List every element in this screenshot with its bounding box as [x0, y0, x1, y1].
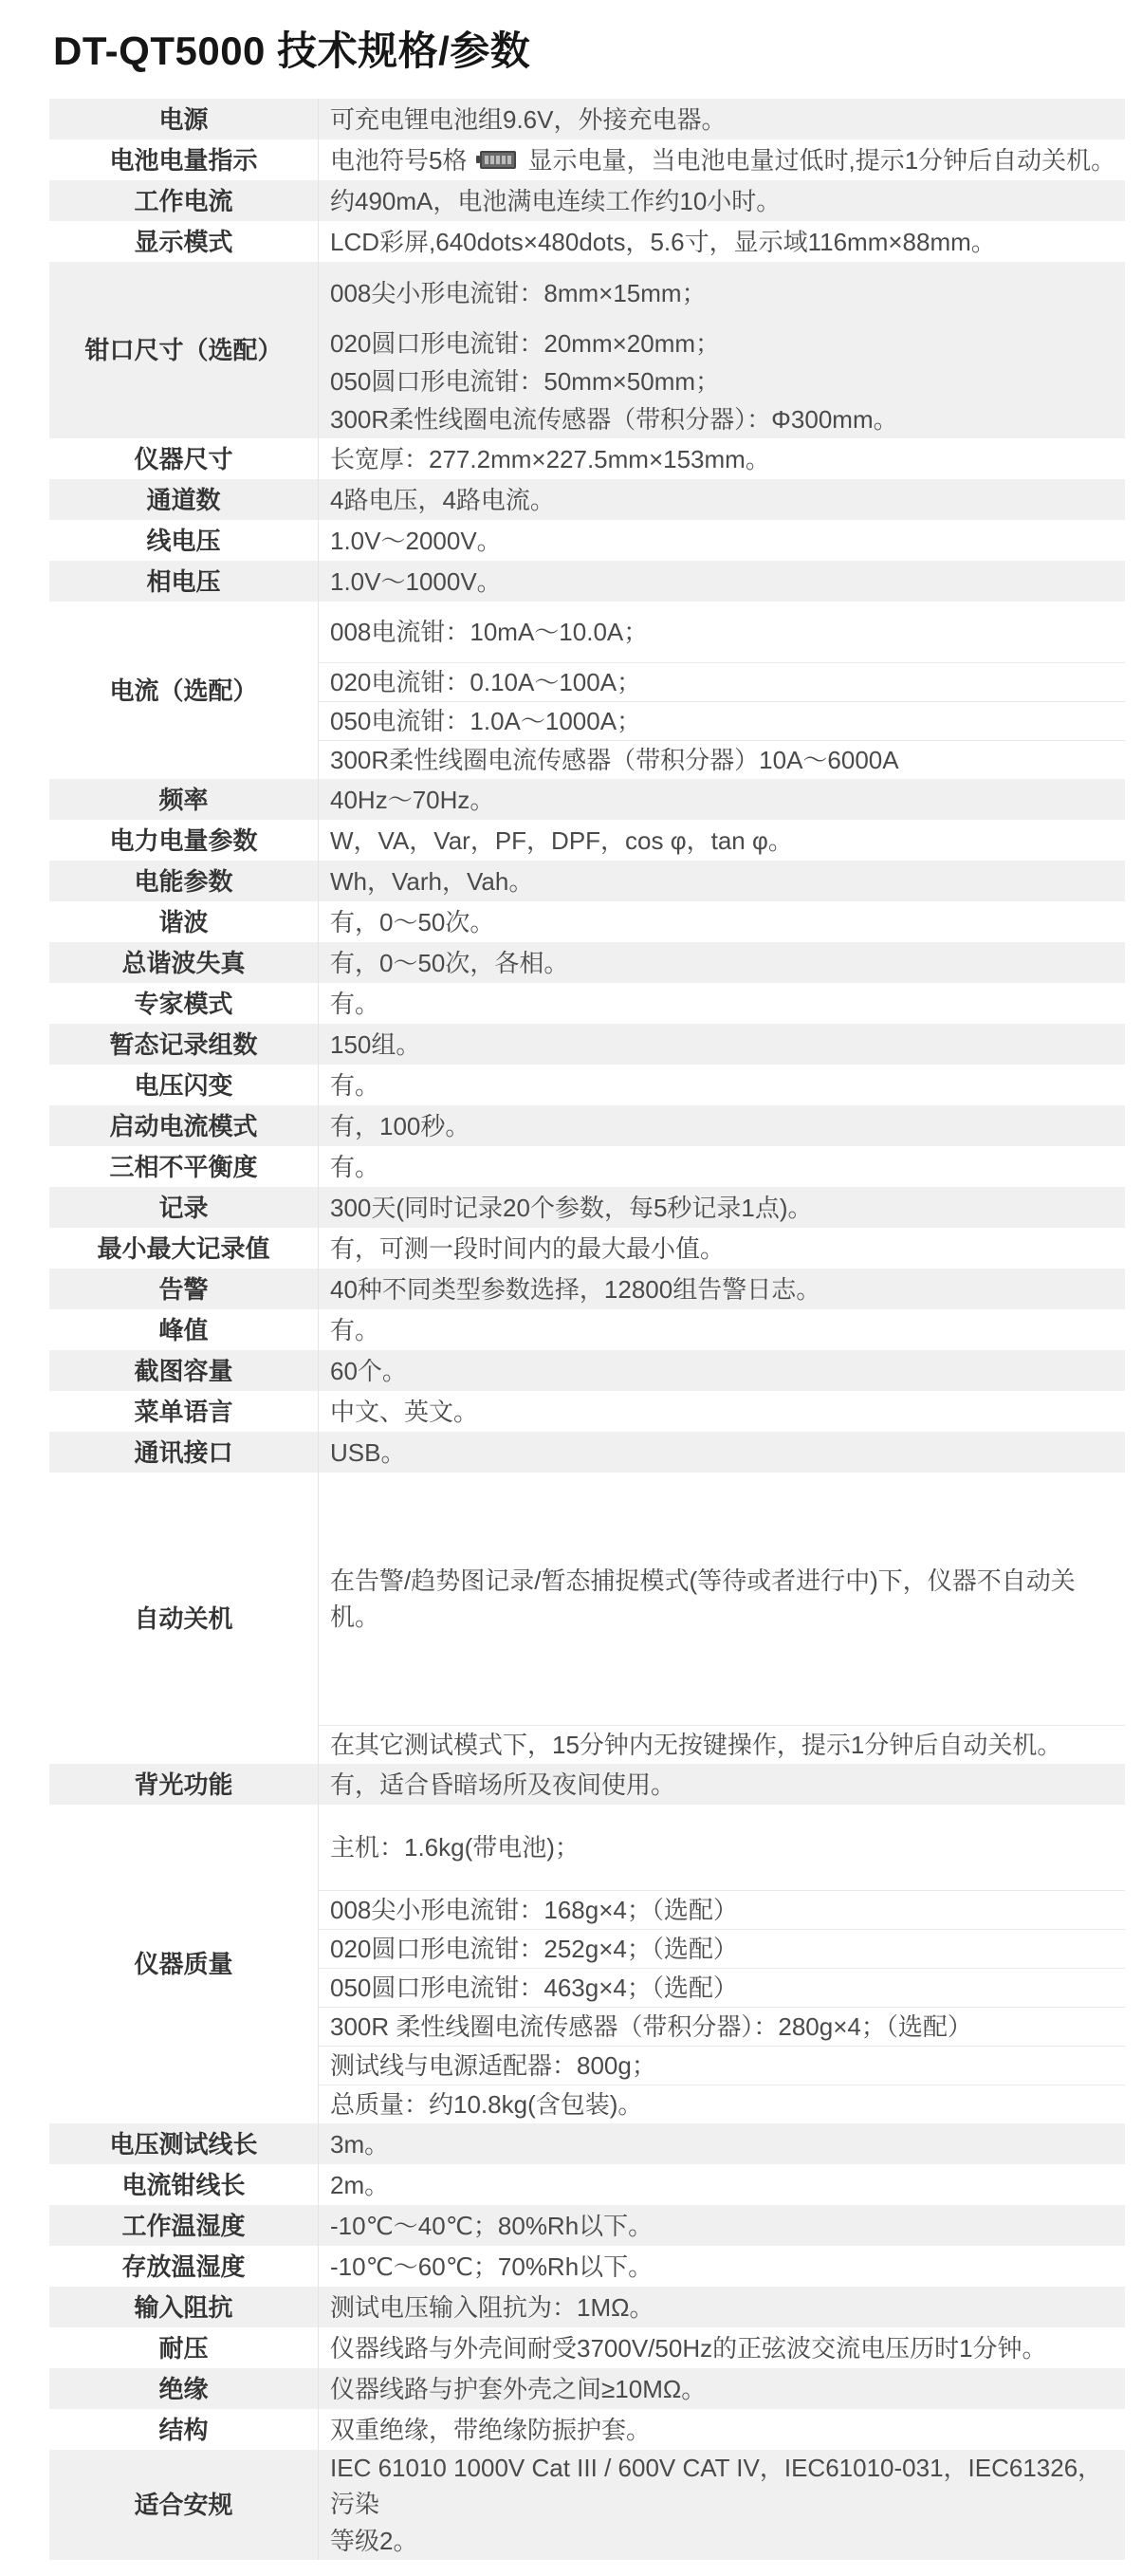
spec-label: 总谐波失真: [49, 942, 318, 983]
spec-label: 暂态记录组数: [49, 1024, 318, 1065]
spec-line: 测试电压输入阻抗为：1MΩ。: [319, 2287, 1125, 2327]
spec-label: 电流钳线长: [49, 2164, 318, 2205]
spec-line: 在其它测试模式下，15分钟内无按键操作，提示1分钟后自动关机。: [319, 1725, 1125, 1764]
spec-row: 告警40种不同类型参数选择，12800组告警日志。: [49, 1269, 1125, 1309]
spec-value: 测试电压输入阻抗为：1MΩ。: [318, 2287, 1125, 2327]
spec-row: 耐压仪器线路与外壳间耐受3700V/50Hz的正弦波交流电压历时1分钟。: [49, 2327, 1125, 2368]
spec-line: 008尖小形电流钳：8mm×15mm；: [319, 262, 1125, 324]
spec-row: 总谐波失真有，0～50次，各相。: [49, 942, 1125, 983]
spec-label: 输入阻抗: [49, 2287, 318, 2327]
spec-row: 通道数4路电压，4路电流。: [49, 479, 1125, 520]
spec-label: 频率: [49, 779, 318, 820]
spec-value: 长宽厚：277.2mm×227.5mm×153mm。: [318, 438, 1125, 479]
spec-line: 050电流钳：1.0A～1000A；: [319, 701, 1125, 740]
spec-value: 有，100秒。: [318, 1105, 1125, 1146]
spec-value: 有。: [318, 1065, 1125, 1105]
spec-value: 008电流钳：10mA～10.0A；020电流钳：0.10A～100A；050电…: [318, 602, 1125, 779]
spec-line: 有。: [319, 983, 1125, 1024]
spec-row: 绝缘仪器线路与护套外壳之间≥10MΩ。: [49, 2368, 1125, 2409]
spec-line: 300R柔性线圈电流传感器（带积分器）10A～6000A: [319, 740, 1125, 779]
spec-label: 适合安规: [49, 2450, 318, 2560]
spec-row: 电源可充电锂电池组9.6V，外接充电器。: [49, 99, 1125, 139]
spec-line: 050圆口形电流钳：463g×4；（选配）: [319, 1968, 1125, 2007]
spec-line: 3m。: [319, 2123, 1125, 2164]
spec-label: 谐波: [49, 901, 318, 942]
spec-line: IEC 61010 1000V Cat III / 600V CAT IV，IE…: [319, 2450, 1125, 2522]
spec-value: LCD彩屏,640dots×480dots，5.6寸，显示域116mm×88mm…: [318, 221, 1125, 262]
spec-label: 通道数: [49, 479, 318, 520]
spec-row: 线电压1.0V～2000V。: [49, 520, 1125, 561]
spec-line: LCD彩屏,640dots×480dots，5.6寸，显示域116mm×88mm…: [319, 221, 1125, 262]
spec-label: 启动电流模式: [49, 1105, 318, 1146]
spec-table: 电源可充电锂电池组9.6V，外接充电器。电池电量指示电池符号5格显示电量，当电池…: [49, 99, 1125, 2560]
spec-label: 电流（选配）: [49, 602, 318, 779]
spec-value: 1.0V～2000V。: [318, 520, 1125, 561]
spec-value: 中文、英文。: [318, 1391, 1125, 1432]
spec-label: 电源: [49, 99, 318, 139]
spec-value: -10℃～60℃；70%Rh以下。: [318, 2246, 1125, 2287]
spec-line: 有。: [319, 1146, 1125, 1187]
spec-label: 绝缘: [49, 2368, 318, 2409]
spec-line: 020圆口形电流钳：252g×4；（选配）: [319, 1929, 1125, 1968]
spec-label: 告警: [49, 1269, 318, 1309]
spec-label: 截图容量: [49, 1350, 318, 1391]
spec-line: 仪器线路与外壳间耐受3700V/50Hz的正弦波交流电压历时1分钟。: [319, 2327, 1125, 2368]
spec-row: 峰值有。: [49, 1309, 1125, 1350]
spec-row: 菜单语言中文、英文。: [49, 1391, 1125, 1432]
spec-label: 峰值: [49, 1309, 318, 1350]
spec-line: 测试线与电源适配器：800g；: [319, 2046, 1125, 2085]
spec-row: 适合安规IEC 61010 1000V Cat III / 600V CAT I…: [49, 2450, 1125, 2560]
spec-value: 有。: [318, 1309, 1125, 1350]
spec-value: 在告警/趋势图记录/暂态捕捉模式(等待或者进行中)下，仪器不自动关机。在其它测试…: [318, 1473, 1125, 1764]
spec-row: 电流钳线长2m。: [49, 2164, 1125, 2205]
spec-row: 存放温湿度-10℃～60℃；70%Rh以下。: [49, 2246, 1125, 2287]
spec-row: 三相不平衡度有。: [49, 1146, 1125, 1187]
spec-line: 60个。: [319, 1350, 1125, 1391]
spec-row: 电力电量参数W，VA，Var，PF，DPF，cos φ，tan φ。: [49, 820, 1125, 861]
spec-value: 有，0～50次。: [318, 901, 1125, 942]
spec-label: 工作电流: [49, 180, 318, 221]
spec-label: 显示模式: [49, 221, 318, 262]
spec-value: 主机：1.6kg(带电池)；008尖小形电流钳：168g×4；（选配）020圆口…: [318, 1805, 1125, 2123]
spec-row: 通讯接口USB。: [49, 1432, 1125, 1473]
spec-row: 工作温湿度-10℃～40℃；80%Rh以下。: [49, 2205, 1125, 2246]
spec-line: 有，0～50次，各相。: [319, 942, 1125, 983]
spec-value: 1.0V～1000V。: [318, 561, 1125, 602]
spec-value: 150组。: [318, 1024, 1125, 1065]
spec-line: 有。: [319, 1309, 1125, 1350]
spec-label: 电池电量指示: [49, 139, 318, 180]
spec-line: 仪器线路与护套外壳之间≥10MΩ。: [319, 2368, 1125, 2409]
battery-bar: [485, 156, 488, 164]
spec-value: 有。: [318, 1146, 1125, 1187]
spec-label: 仪器质量: [49, 1805, 318, 2123]
spec-value: Wh，Varh，Vah。: [318, 861, 1125, 901]
spec-line: 1.0V～1000V。: [319, 561, 1125, 602]
spec-line: 020电流钳：0.10A～100A；: [319, 662, 1125, 701]
spec-line: 有。: [319, 1065, 1125, 1105]
spec-line: 020圆口形电流钳：20mm×20mm；: [319, 324, 1125, 362]
battery-bar: [502, 156, 506, 164]
spec-line: 4路电压，4路电流。: [319, 479, 1125, 520]
spec-value: -10℃～40℃；80%Rh以下。: [318, 2205, 1125, 2246]
spec-label: 结构: [49, 2409, 318, 2450]
spec-line: 300R柔性线圈电流传感器（带积分器）：Φ300mm。: [319, 400, 1125, 438]
spec-value: 电池符号5格显示电量，当电池电量过低时,提示1分钟后自动关机。: [318, 139, 1125, 180]
spec-line: 有，适合昏暗场所及夜间使用。: [319, 1764, 1125, 1805]
spec-line: 40Hz～70Hz。: [319, 779, 1125, 820]
spec-row: 暂态记录组数150组。: [49, 1024, 1125, 1065]
spec-row: 背光功能有，适合昏暗场所及夜间使用。: [49, 1764, 1125, 1805]
spec-line: W，VA，Var，PF，DPF，cos φ，tan φ。: [319, 820, 1125, 861]
spec-value: IEC 61010 1000V Cat III / 600V CAT IV，IE…: [318, 2450, 1125, 2560]
spec-label: 通讯接口: [49, 1432, 318, 1473]
spec-value: 约490mA，电池满电连续工作约10小时。: [318, 180, 1125, 221]
spec-value: 可充电锂电池组9.6V，外接充电器。: [318, 99, 1125, 139]
spec-row: 工作电流约490mA，电池满电连续工作约10小时。: [49, 180, 1125, 221]
spec-row: 电压测试线长3m。: [49, 2123, 1125, 2164]
spec-value: 300天(同时记录20个参数，每5秒记录1点)。: [318, 1187, 1125, 1228]
battery-bar: [496, 156, 500, 164]
spec-line: USB。: [319, 1432, 1125, 1473]
spec-row: 谐波有，0～50次。: [49, 901, 1125, 942]
spec-label: 电压测试线长: [49, 2123, 318, 2164]
spec-line: 约490mA，电池满电连续工作约10小时。: [319, 180, 1125, 221]
spec-line: 等级2。: [319, 2522, 1125, 2560]
spec-row: 输入阻抗测试电压输入阻抗为：1MΩ。: [49, 2287, 1125, 2327]
spec-row: 记录300天(同时记录20个参数，每5秒记录1点)。: [49, 1187, 1125, 1228]
spec-row: 电能参数Wh，Varh，Vah。: [49, 861, 1125, 901]
spec-line: 1.0V～2000V。: [319, 520, 1125, 561]
spec-line: -10℃～40℃；80%Rh以下。: [319, 2205, 1125, 2246]
spec-label: 仪器尺寸: [49, 438, 318, 479]
line-text-after: 显示电量，当电池电量过低时,提示1分钟后自动关机。: [527, 142, 1115, 178]
spec-value: 有，0～50次，各相。: [318, 942, 1125, 983]
spec-value: 60个。: [318, 1350, 1125, 1391]
spec-line: 150组。: [319, 1024, 1125, 1065]
spec-label: 最小最大记录值: [49, 1228, 318, 1269]
spec-line: 2m。: [319, 2164, 1125, 2205]
spec-row: 仪器质量主机：1.6kg(带电池)；008尖小形电流钳：168g×4；（选配）0…: [49, 1805, 1125, 2123]
spec-value: 40Hz～70Hz。: [318, 779, 1125, 820]
spec-row: 相电压1.0V～1000V。: [49, 561, 1125, 602]
spec-label: 钳口尺寸（选配）: [49, 262, 318, 438]
spec-row: 电压闪变有。: [49, 1065, 1125, 1105]
spec-value: 40种不同类型参数选择，12800组告警日志。: [318, 1269, 1125, 1309]
spec-label: 电能参数: [49, 861, 318, 901]
spec-value: 仪器线路与护套外壳之间≥10MΩ。: [318, 2368, 1125, 2409]
spec-label: 电力电量参数: [49, 820, 318, 861]
spec-line: 008电流钳：10mA～10.0A；: [319, 602, 1125, 662]
spec-line: 300天(同时记录20个参数，每5秒记录1点)。: [319, 1187, 1125, 1228]
spec-line: 40种不同类型参数选择，12800组告警日志。: [319, 1269, 1125, 1309]
spec-line: 长宽厚：277.2mm×227.5mm×153mm。: [319, 438, 1125, 479]
spec-label: 专家模式: [49, 983, 318, 1024]
spec-value: 仪器线路与外壳间耐受3700V/50Hz的正弦波交流电压历时1分钟。: [318, 2327, 1125, 2368]
spec-line: 可充电锂电池组9.6V，外接充电器。: [319, 99, 1125, 139]
spec-value: 有，可测一段时间内的最大最小值。: [318, 1228, 1125, 1269]
spec-row: 电池电量指示电池符号5格显示电量，当电池电量过低时,提示1分钟后自动关机。: [49, 139, 1125, 180]
spec-line: 有，0～50次。: [319, 901, 1125, 942]
spec-label: 自动关机: [49, 1473, 318, 1764]
spec-line: Wh，Varh，Vah。: [319, 861, 1125, 901]
spec-value: 有。: [318, 983, 1125, 1024]
battery-bar: [490, 156, 494, 164]
spec-value: W，VA，Var，PF，DPF，cos φ，tan φ。: [318, 820, 1125, 861]
spec-label: 电压闪变: [49, 1065, 318, 1105]
spec-value: 3m。: [318, 2123, 1125, 2164]
page-title: DT-QT5000 技术规格/参数: [53, 28, 1142, 74]
spec-row: 最小最大记录值有，可测一段时间内的最大最小值。: [49, 1228, 1125, 1269]
spec-label: 三相不平衡度: [49, 1146, 318, 1187]
spec-value: 2m。: [318, 2164, 1125, 2205]
spec-row: 自动关机在告警/趋势图记录/暂态捕捉模式(等待或者进行中)下，仪器不自动关机。在…: [49, 1473, 1125, 1764]
spec-value: USB。: [318, 1432, 1125, 1473]
spec-row: 结构双重绝缘，带绝缘防振护套。: [49, 2409, 1125, 2450]
spec-line: 有，可测一段时间内的最大最小值。: [319, 1228, 1125, 1269]
spec-label: 相电压: [49, 561, 318, 602]
spec-label: 耐压: [49, 2327, 318, 2368]
spec-line: 050圆口形电流钳：50mm×50mm；: [319, 362, 1125, 400]
spec-value: 4路电压，4路电流。: [318, 479, 1125, 520]
spec-row: 启动电流模式有，100秒。: [49, 1105, 1125, 1146]
battery-icon: [480, 151, 516, 169]
spec-value: 008尖小形电流钳：8mm×15mm；020圆口形电流钳：20mm×20mm；0…: [318, 262, 1125, 438]
spec-line: 在告警/趋势图记录/暂态捕捉模式(等待或者进行中)下，仪器不自动关机。: [319, 1473, 1125, 1725]
spec-line: 300R 柔性线圈电流传感器（带积分器）：280g×4；（选配）: [319, 2007, 1125, 2046]
spec-line: 有，100秒。: [319, 1105, 1125, 1146]
spec-label: 线电压: [49, 520, 318, 561]
spec-label: 工作温湿度: [49, 2205, 318, 2246]
spec-line: 主机：1.6kg(带电池)；: [319, 1805, 1125, 1890]
line-text-before: 电池符号5格: [330, 142, 467, 178]
spec-row: 电流（选配）008电流钳：10mA～10.0A；020电流钳：0.10A～100…: [49, 602, 1125, 779]
spec-label: 背光功能: [49, 1764, 318, 1805]
spec-line: 中文、英文。: [319, 1391, 1125, 1432]
spec-row: 显示模式LCD彩屏,640dots×480dots，5.6寸，显示域116mm×…: [49, 221, 1125, 262]
spec-line: -10℃～60℃；70%Rh以下。: [319, 2246, 1125, 2287]
spec-line: 双重绝缘，带绝缘防振护套。: [319, 2409, 1125, 2450]
spec-label: 菜单语言: [49, 1391, 318, 1432]
spec-line: 008尖小形电流钳：168g×4；（选配）: [319, 1890, 1125, 1929]
spec-label: 存放温湿度: [49, 2246, 318, 2287]
spec-row: 频率40Hz～70Hz。: [49, 779, 1125, 820]
spec-value: 有，适合昏暗场所及夜间使用。: [318, 1764, 1125, 1805]
spec-row: 钳口尺寸（选配）008尖小形电流钳：8mm×15mm；020圆口形电流钳：20m…: [49, 262, 1125, 438]
spec-row: 截图容量60个。: [49, 1350, 1125, 1391]
battery-bar: [507, 156, 511, 164]
spec-row: 专家模式有。: [49, 983, 1125, 1024]
spec-value: 双重绝缘，带绝缘防振护套。: [318, 2409, 1125, 2450]
spec-line: 总质量：约10.8kg(含包装)。: [319, 2085, 1125, 2123]
spec-line: 电池符号5格显示电量，当电池电量过低时,提示1分钟后自动关机。: [319, 139, 1125, 180]
spec-label: 记录: [49, 1187, 318, 1228]
spec-row: 仪器尺寸长宽厚：277.2mm×227.5mm×153mm。: [49, 438, 1125, 479]
